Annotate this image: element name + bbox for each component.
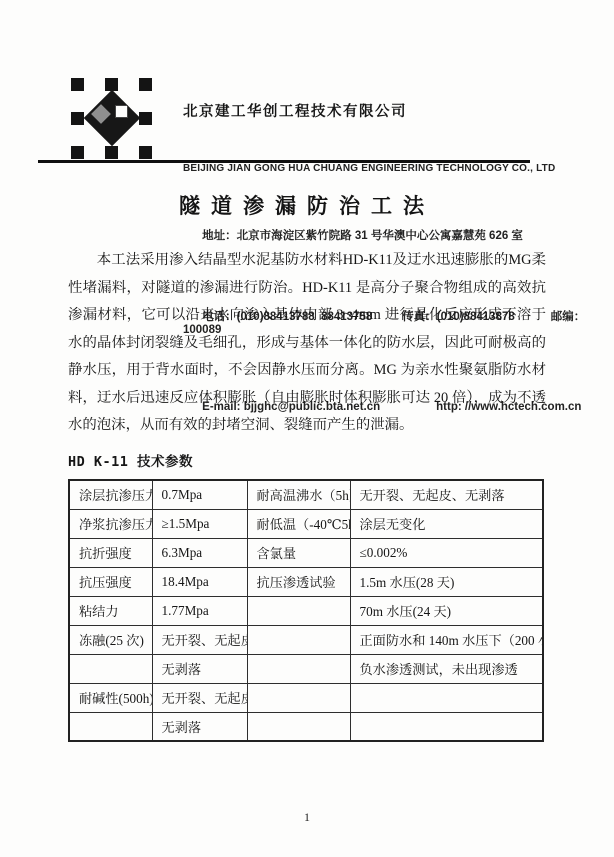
param-name [247, 683, 350, 712]
logo-square [139, 146, 152, 159]
table-row: 无剥落 负水渗透测试，未出现渗透 [69, 654, 543, 683]
body-paragraph: 本工法采用渗入结晶型水泥基防水材料HD-K11及迂水迅速膨胀的MG柔性堵漏料，对… [68, 247, 546, 440]
param-name: 抗压强度 [69, 567, 152, 596]
param-value [350, 683, 543, 712]
param-name: 耐碱性(500h) [69, 683, 152, 712]
param-value: ≤0.002% [350, 538, 543, 567]
param-value: 0.7Mpa [152, 480, 247, 509]
param-name: 冻融(25 次) [69, 625, 152, 654]
logo-square [71, 78, 84, 91]
address: 地址：北京市海淀区紫竹院路 31 号华澳中心公寓嘉慧苑 626 室 [202, 230, 523, 242]
company-logo [70, 74, 152, 158]
param-name: 粘结力 [69, 596, 152, 625]
param-value: 无开裂、无起皮、 [152, 683, 247, 712]
param-value: 70m 水压(24 天) [350, 596, 543, 625]
table-row: 粘结力 1.77Mpa 70m 水压(24 天) [69, 596, 543, 625]
technical-parameters-table: 涂层抗渗压力 0.7Mpa 耐高温沸水（5h） 无开裂、无起皮、无剥落 净浆抗渗… [68, 479, 544, 742]
param-value: 1.5m 水压(28 天) [350, 567, 543, 596]
param-name [247, 654, 350, 683]
logo-diamond-icon [84, 90, 141, 147]
table-row: 净浆抗渗压力 ≥1.5Mpa 耐低温（-40℃5h） 涂层无变化 [69, 509, 543, 538]
scanned-document-page: 北京建工华创工程技术有限公司 BEIJING JIAN GONG HUA CHU… [0, 0, 614, 857]
param-name: 抗压渗透试验 [247, 567, 350, 596]
logo-square [139, 78, 152, 91]
param-value: 6.3Mpa [152, 538, 247, 567]
param-name: 耐高温沸水（5h） [247, 480, 350, 509]
logo-square [71, 146, 84, 159]
param-value: 无剥落 [152, 712, 247, 741]
table-row: 抗折强度 6.3Mpa 含氯量 ≤0.002% [69, 538, 543, 567]
param-name: 抗折强度 [69, 538, 152, 567]
param-name: 净浆抗渗压力 [69, 509, 152, 538]
param-name [69, 654, 152, 683]
letterhead-divider [38, 160, 530, 163]
document-title: 隧道渗漏防治工法 [0, 190, 614, 220]
table-row: 无剥落 [69, 712, 543, 741]
logo-square [71, 112, 84, 125]
param-name [247, 712, 350, 741]
page-number: 1 [0, 810, 614, 825]
table-row: 抗压强度 18.4Mpa 抗压渗透试验 1.5m 水压(28 天) [69, 567, 543, 596]
param-value: 18.4Mpa [152, 567, 247, 596]
table-row: 冻融(25 次) 无开裂、无起皮、 正面防水和 140m 水压下（200 小时） [69, 625, 543, 654]
param-value: ≥1.5Mpa [152, 509, 247, 538]
table-heading: HD K-11 技术参数 [68, 450, 193, 470]
param-value: 负水渗透测试，未出现渗透 [350, 654, 543, 683]
param-name: 涂层抗渗压力 [69, 480, 152, 509]
logo-square [139, 112, 152, 125]
table-row: 涂层抗渗压力 0.7Mpa 耐高温沸水（5h） 无开裂、无起皮、无剥落 [69, 480, 543, 509]
company-name-cn: 北京建工华创工程技术有限公司 [183, 100, 603, 121]
param-name [69, 712, 152, 741]
table-row: 耐碱性(500h) 无开裂、无起皮、 [69, 683, 543, 712]
param-value: 无开裂、无起皮、无剥落 [350, 480, 543, 509]
param-value: 正面防水和 140m 水压下（200 小时） [350, 625, 543, 654]
param-value: 无剥落 [152, 654, 247, 683]
logo-square [105, 146, 118, 159]
param-value: 涂层无变化 [350, 509, 543, 538]
param-name: 含氯量 [247, 538, 350, 567]
param-name: 耐低温（-40℃5h） [247, 509, 350, 538]
logo-diamond-window [115, 105, 128, 118]
param-value: 1.77Mpa [152, 596, 247, 625]
company-name-en: BEIJING JIAN GONG HUA CHUANG ENGINEERING… [183, 163, 603, 174]
param-value [350, 712, 543, 741]
param-value: 无开裂、无起皮、 [152, 625, 247, 654]
param-name [247, 596, 350, 625]
param-name [247, 625, 350, 654]
